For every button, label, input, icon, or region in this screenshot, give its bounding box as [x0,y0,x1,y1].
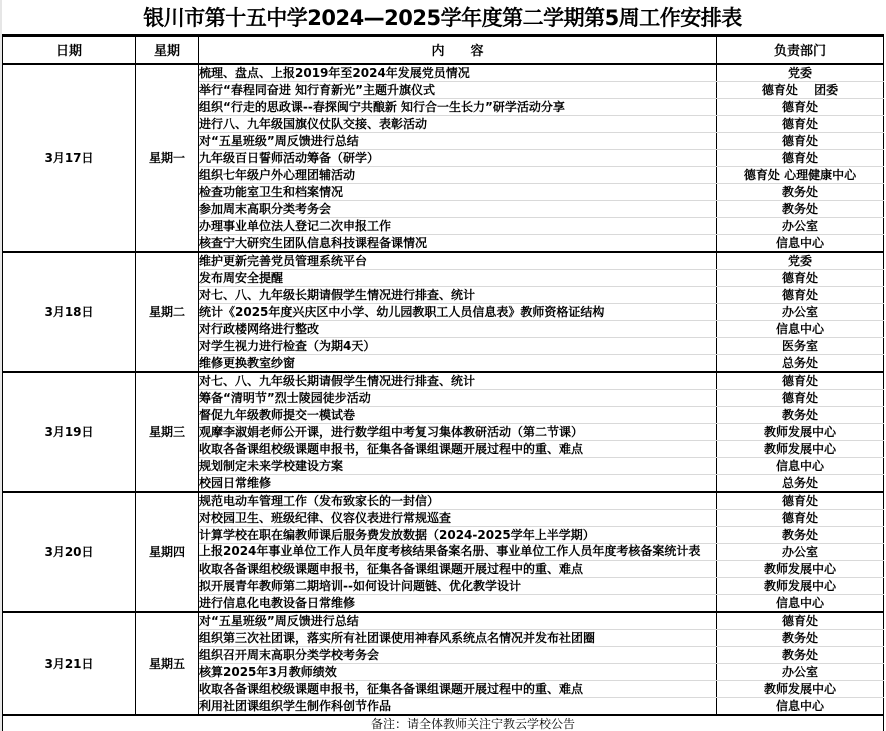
task-cell[interactable]: 对“五星班级”周反馈进行总结 [199,132,717,149]
task-cell[interactable]: 发布周安全提醒 [199,269,717,286]
dept-cell[interactable]: 办公室 [717,303,884,320]
task-cell[interactable]: 上报2024年事业单位工作人员年度考核结果备案名册、事业单位工作人员年度考核备案… [199,543,717,560]
dept-cell[interactable]: 教务处 [717,629,884,646]
weekly-schedule-table: 日期 星期 内 容 负责部门 3月17日星期一梳理、盘点、上报2019年至202… [2,34,884,731]
date-cell[interactable]: 3月18日 [3,252,136,372]
weekday-cell[interactable]: 星期三 [136,372,199,492]
dept-cell[interactable]: 德育处 [717,372,884,390]
dept-cell[interactable]: 德育处 [717,149,884,166]
dept-cell[interactable]: 教师发展中心 [717,423,884,440]
task-cell[interactable]: 检查功能室卫生和档案情况 [199,183,717,200]
task-cell[interactable]: 规范电动车管理工作（发布致家长的一封信） [199,492,717,510]
dept-cell[interactable]: 教务处 [717,406,884,423]
dept-cell[interactable]: 教师发展中心 [717,680,884,697]
task-cell[interactable]: 组织七年级户外心理团辅活动 [199,166,717,183]
dept-cell[interactable]: 信息中心 [717,697,884,715]
date-cell[interactable]: 3月21日 [3,612,136,715]
task-cell[interactable]: 核查宁大研究生团队信息科技课程备课情况 [199,234,717,252]
task-cell[interactable]: 对行政楼网络进行整改 [199,320,717,337]
dept-cell[interactable]: 信息中心 [717,234,884,252]
task-cell[interactable]: 对七、八、九年级长期请假学生情况进行排查、统计 [199,286,717,303]
note-text: 备注：请全体教师关注宁教云学校公告 [311,717,575,731]
task-cell[interactable]: 维修更换教室纱窗 [199,354,717,372]
dept-cell[interactable]: 德育处 [717,98,884,115]
task-cell[interactable]: 参加周末高职分类考务会 [199,200,717,217]
dept-cell[interactable]: 德育处 [717,132,884,149]
task-cell[interactable]: 对七、八、九年级长期请假学生情况进行排查、统计 [199,372,717,390]
date-cell[interactable]: 3月17日 [3,64,136,252]
weekday-cell[interactable]: 星期四 [136,492,199,612]
task-cell[interactable]: 收取各备课组校级课题申报书，征集各备课组课题开展过程中的重、难点 [199,680,717,697]
dept-cell[interactable]: 德育处 心理健康中心 [717,166,884,183]
dept-cell[interactable]: 教务处 [717,200,884,217]
dept-cell[interactable]: 办公室 [717,663,884,680]
table-row: 3月21日星期五对“五星班级”周反馈进行总结德育处 [3,612,884,630]
dept-cell[interactable]: 德育处 团委 [717,81,884,98]
dept-cell[interactable]: 德育处 [717,115,884,132]
dept-cell[interactable]: 教务处 [717,183,884,200]
header-content[interactable]: 内 容 [199,36,717,64]
date-cell[interactable]: 3月19日 [3,372,136,492]
task-cell[interactable]: 梳理、盘点、上报2019年至2024年发展党员情况 [199,64,717,82]
page-title: 银川市第十五中学2024—2025学年度第二学期第5周工作安排表 [2,0,883,35]
task-cell[interactable]: 督促九年级教师提交一模试卷 [199,406,717,423]
task-cell[interactable]: 组织第三次社团课，落实所有社团课使用神春风系统点名情况并发布社团圈 [199,629,717,646]
dept-cell[interactable]: 德育处 [717,612,884,630]
dept-cell[interactable]: 教师发展中心 [717,440,884,457]
header-weekday[interactable]: 星期 [136,36,199,64]
task-cell[interactable]: 对学生视力进行检查（为期4天） [199,337,717,354]
dept-cell[interactable]: 办公室 [717,543,884,560]
task-cell[interactable]: 核算2025年3月教师绩效 [199,663,717,680]
task-cell[interactable]: 规划制定未来学校建设方案 [199,457,717,474]
task-cell[interactable]: 进行信息化电教设备日常维修 [199,594,717,612]
note-row: 备注：请全体教师关注宁教云学校公告 [3,715,884,731]
dept-cell[interactable]: 信息中心 [717,457,884,474]
task-cell[interactable]: 进行八、九年级国旗仪仗队交接、表彰活动 [199,115,717,132]
table-row: 3月19日星期三对七、八、九年级长期请假学生情况进行排查、统计德育处 [3,372,884,390]
task-cell[interactable]: 校园日常维修 [199,474,717,492]
task-cell[interactable]: 计算学校在职在编教师课后服务费发放数据（2024-2025学年上半学期） [199,526,717,543]
weekday-cell[interactable]: 星期五 [136,612,199,715]
dept-cell[interactable]: 党委 [717,252,884,270]
header-row: 日期 星期 内 容 负责部门 [3,36,884,64]
task-cell[interactable]: 九年级百日誓师活动筹备（研学） [199,149,717,166]
task-cell[interactable]: 观摩李淑娟老师公开课，进行数学组中考复习集体教研活动（第二节课） [199,423,717,440]
dept-cell[interactable]: 信息中心 [717,594,884,612]
dept-cell[interactable]: 医务室 [717,337,884,354]
schedule-sheet: 银川市第十五中学2024—2025学年度第二学期第5周工作安排表 日期 星期 内… [0,0,886,731]
task-cell[interactable]: 收取各备课组校级课题申报书，征集各备课组课题开展过程中的重、难点 [199,440,717,457]
dept-cell[interactable]: 教务处 [717,646,884,663]
header-dept[interactable]: 负责部门 [717,36,884,64]
dept-cell[interactable]: 信息中心 [717,320,884,337]
task-cell[interactable]: 拟开展青年教师第二期培训--如何设计问题链、优化教学设计 [199,577,717,594]
table-row: 3月17日星期一梳理、盘点、上报2019年至2024年发展党员情况党委 [3,64,884,82]
dept-cell[interactable]: 德育处 [717,286,884,303]
task-cell[interactable]: 办理事业单位法人登记二次申报工作 [199,217,717,234]
dept-cell[interactable]: 总务处 [717,354,884,372]
dept-cell[interactable]: 德育处 [717,389,884,406]
task-cell[interactable]: 组织召开周末高职分类学校考务会 [199,646,717,663]
header-date[interactable]: 日期 [3,36,136,64]
task-cell[interactable]: 利用社团课组织学生制作科创节作品 [199,697,717,715]
dept-cell[interactable]: 教务处 [717,526,884,543]
dept-cell[interactable]: 德育处 [717,269,884,286]
date-cell[interactable]: 3月20日 [3,492,136,612]
dept-cell[interactable]: 总务处 [717,474,884,492]
dept-cell[interactable]: 教师发展中心 [717,560,884,577]
note-cell[interactable]: 备注：请全体教师关注宁教云学校公告 [3,715,884,731]
table-row: 3月18日星期二维护更新完善党员管理系统平台党委 [3,252,884,270]
task-cell[interactable]: 收取各备课组校级课题申报书，征集各备课组课题开展过程中的重、难点 [199,560,717,577]
weekday-cell[interactable]: 星期二 [136,252,199,372]
weekday-cell[interactable]: 星期一 [136,64,199,252]
task-cell[interactable]: 组织“行走的思政课--春探闽宁共酿新 知行合一生长力”研学活动分享 [199,98,717,115]
dept-cell[interactable]: 教师发展中心 [717,577,884,594]
dept-cell[interactable]: 德育处 [717,509,884,526]
task-cell[interactable]: 对“五星班级”周反馈进行总结 [199,612,717,630]
dept-cell[interactable]: 办公室 [717,217,884,234]
task-cell[interactable]: 对校园卫生、班级纪律、仪容仪表进行常规巡查 [199,509,717,526]
task-cell[interactable]: 统计《2025年度兴庆区中小学、幼儿园教职工人员信息表》教师资格证结构 [199,303,717,320]
dept-cell[interactable]: 德育处 [717,492,884,510]
task-cell[interactable]: 维护更新完善党员管理系统平台 [199,252,717,270]
task-cell[interactable]: 筹备“清明节”烈士陵园徒步活动 [199,389,717,406]
dept-cell[interactable]: 党委 [717,64,884,82]
task-cell[interactable]: 举行“春程同奋进 知行育新光”主题升旗仪式 [199,81,717,98]
table-row: 3月20日星期四规范电动车管理工作（发布致家长的一封信）德育处 [3,492,884,510]
